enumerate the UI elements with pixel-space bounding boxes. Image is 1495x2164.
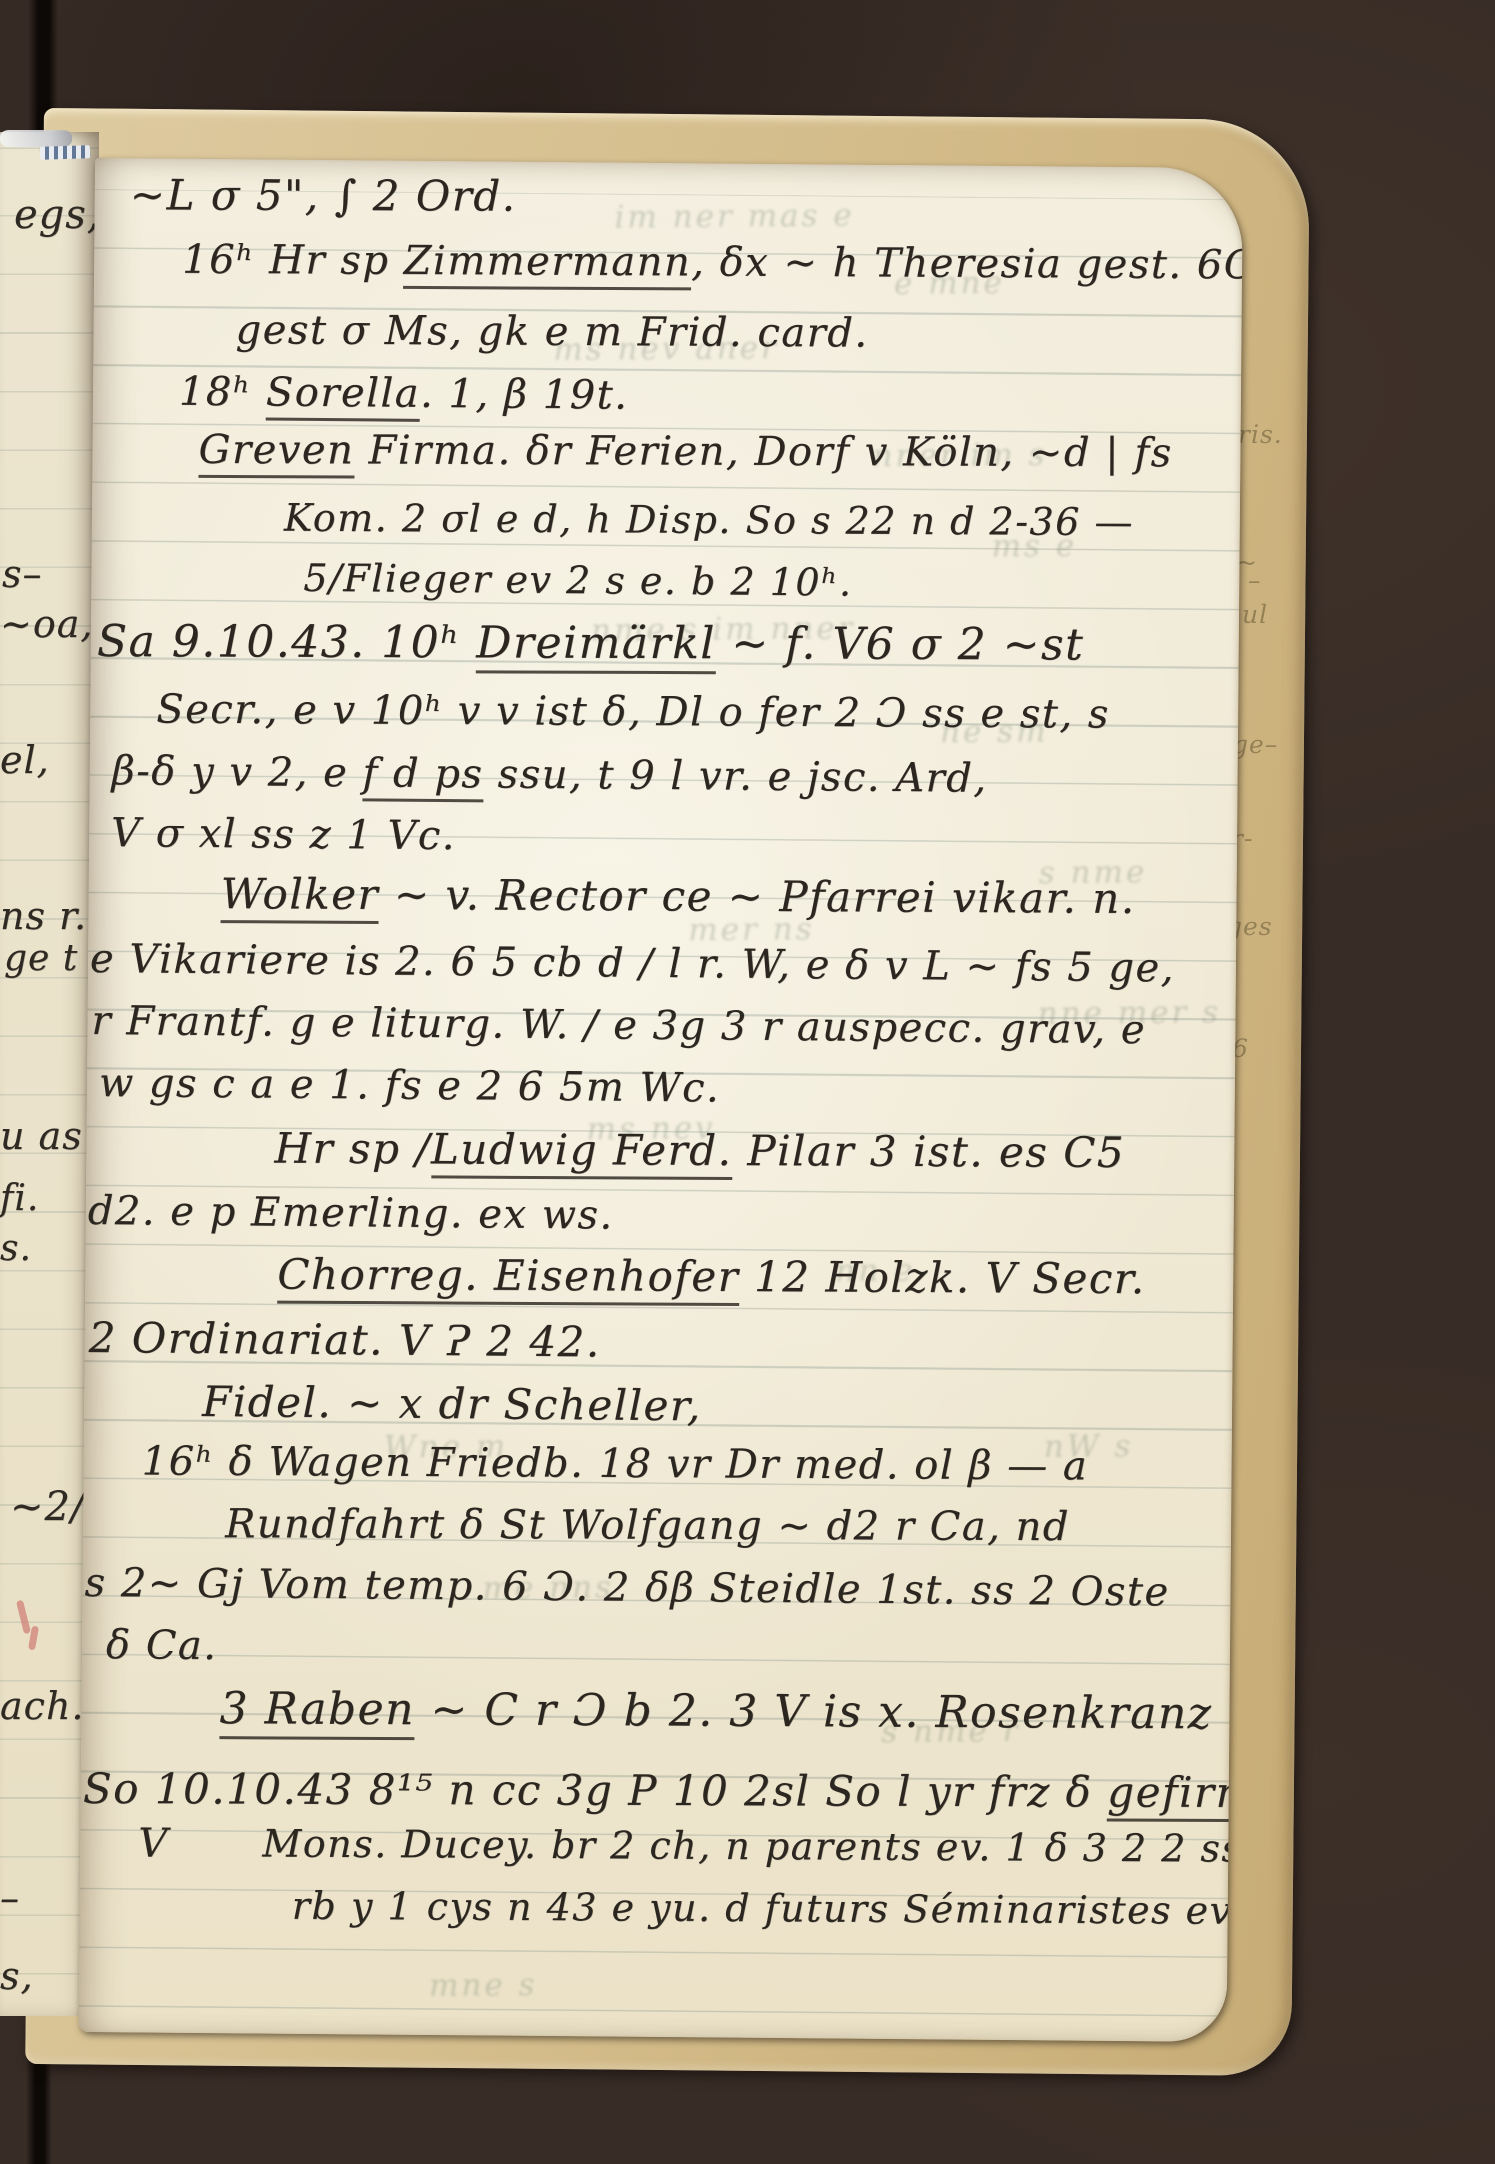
diary-page: im ner mas ee mnems nev anernner im sms … bbox=[79, 158, 1243, 2042]
left-page-text-fragment: u as bbox=[0, 1114, 83, 1158]
handwriting-line: 18ʰ Sorella. 1, β 19t. bbox=[179, 369, 629, 419]
handwriting-line: 2 Ordinariat. V Ɂ 2 42. bbox=[88, 1313, 600, 1366]
handwriting-line: So 10.10.43 8¹⁵ n cc 3g P 10 2sl So l yr… bbox=[83, 1764, 1243, 1817]
bookmark-ribbon-edge bbox=[40, 145, 90, 160]
handwriting-line: Secr., e v 10ʰ v v ist δ, Dl o fer 2 Ɔ s… bbox=[156, 687, 1110, 738]
handwriting-line: 16ʰ Hr sp Zimmermann, δx ~ h Theresia ge… bbox=[182, 237, 1243, 289]
handwriting-line: Rundfahrt δ St Wolfgang ~ d2 r Ca, nd bbox=[225, 1501, 1070, 1550]
red-pencil-mark bbox=[16, 1600, 31, 1635]
left-page-text-fragment: – bbox=[0, 1876, 20, 1920]
left-page-text-fragment: el, bbox=[0, 738, 50, 782]
left-page-text-fragment: s, bbox=[0, 1954, 34, 1998]
left-page-text-fragment: s– bbox=[2, 552, 43, 596]
handwriting-line: β-δ y v 2, e f d ps ssu, t 9 l vr. e jsc… bbox=[111, 748, 987, 802]
bleedthrough-scribble: mne s bbox=[429, 1967, 538, 2004]
handwriting-line: Greven Firma. δr Ferien, Dorf v Köln, ~d… bbox=[198, 427, 1172, 476]
fore-edge-jotting: ris. bbox=[1238, 420, 1283, 449]
handwriting-line: Fidel. ~ x dr Scheller, bbox=[202, 1377, 702, 1430]
handwriting-line: s 2~ Gj Vom temp. 6 Ɔ. 2 δβ Steidle 1st.… bbox=[84, 1560, 1170, 1615]
handwriting-line: Chorreg. Eisenhofer 12 Holzk. V Secr. bbox=[277, 1250, 1146, 1304]
handwriting-line: 5/Flieger ev 2 s e. b 2 10ʰ. bbox=[303, 556, 853, 605]
page-corner-curl bbox=[0, 130, 72, 147]
left-page-text-fragment: ach. bbox=[0, 1684, 85, 1728]
left-page-text-fragment: fi. bbox=[0, 1178, 39, 1219]
fore-edge-jotting: ge– bbox=[1232, 730, 1278, 759]
handwriting-line: w gs c a e 1. fs e 2 6 5m Wc. bbox=[99, 1060, 721, 1111]
handwriting-line: r Frantf. g e liturg. W. / e 3g 3 r ausp… bbox=[91, 998, 1146, 1053]
handwriting-line: e Vikariere is 2. 6 5 cb d / l r. W, e δ… bbox=[90, 936, 1175, 991]
handwriting-line: Wolker ~ v. Rector ce ~ Pfarrei vikar. n… bbox=[221, 869, 1136, 923]
left-page-text-fragment: ns r. bbox=[0, 894, 87, 938]
fore-edge-jotting: – bbox=[1248, 566, 1262, 595]
handwriting-line: rb y 1 cys n 43 e yu. d futurs Séminaris… bbox=[292, 1884, 1242, 1933]
handwriting-line: 3 Raben ~ C r Ɔ b 2. 3 V is x. Rosenkran… bbox=[219, 1683, 1243, 1740]
fore-edge-jotting: ul bbox=[1242, 600, 1268, 629]
handwriting-line: 16ʰ δ Wagen Friedb. 18 vr Dr med. ol β —… bbox=[142, 1438, 1089, 1489]
handwriting-line: V σ xl ss z 1 Vc. bbox=[111, 810, 456, 859]
handwriting-line: V bbox=[138, 1820, 169, 1866]
handwriting-line: ~L σ 5", ∫ 2 Ord. bbox=[130, 170, 517, 220]
handwriting-line: gest σ Ms, gk e m Frid. card. bbox=[235, 307, 868, 356]
bleedthrough-scribble: im ner mas e bbox=[614, 198, 854, 236]
left-page-text-fragment: s. bbox=[0, 1228, 32, 1269]
handwriting-line: Kom. 2 σl e d, h Disp. So s 22 n d 2-36 … bbox=[284, 496, 1134, 544]
handwriting-line: Sa 9.10.43. 10ʰ Dreimärkl ~ f. V6 σ 2 ~s… bbox=[97, 616, 1085, 670]
handwriting-line: Mons. Ducey. br 2 ch, n parents ev. 1 δ … bbox=[262, 1822, 1243, 1871]
left-page-text-fragment: egs, bbox=[14, 192, 99, 238]
handwriting-line: d2. e p Emerling. ex ws. bbox=[88, 1188, 614, 1239]
left-page-text-fragment: ~oa, bbox=[0, 602, 93, 646]
handwriting-line: Hr sp /Ludwig Ferd. Pilar 3 ist. es C5 bbox=[274, 1124, 1125, 1177]
notebook-photo: ris.~–ulge–r-ges6 egs,s–~oa,el,ns r.ge t… bbox=[0, 0, 1495, 2164]
left-page-text-fragment: ge t bbox=[4, 938, 78, 979]
handwriting-line: δ Ca. bbox=[106, 1622, 218, 1669]
